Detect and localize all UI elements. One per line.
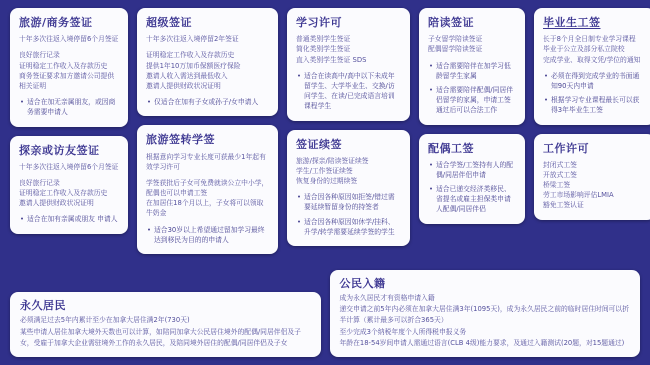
card-lines: 长于8个月全日制专业学习课程毕业于公立及部分私立院校完成学业、取得文凭/学位的通… xyxy=(543,34,646,65)
card-visitor-to-study-permit: 旅游签转学签 根据意向学习专业长度可获最少1年起有效学习许可 学签获批后子女可免… xyxy=(137,125,278,254)
card-subtitle: 根据意向学习专业长度可获最少1年起有效学习许可 xyxy=(146,152,269,172)
card-bullets: 适合在加有亲属或朋友 申请人 xyxy=(19,214,119,224)
text-line: 年龄在18-54岁间申请人需通过语言(CLB 4级)能力要求，及通过入籍测试(2… xyxy=(340,338,631,349)
text-line: 恢复身份的过期续签 xyxy=(296,176,401,186)
text-line: 完成学业、取得文凭/学位的通知 xyxy=(543,55,646,65)
card-title: 旅游/商务签证 xyxy=(19,16,119,29)
bullet-item: 适合需要陪伴在加学习低龄留学生家属 xyxy=(428,61,516,81)
text-line: 在加居住18个月以上，子女将可以领取牛奶金 xyxy=(146,198,269,218)
bullet-item: 适合因各种原因如拒签/错过需要延续暂留身份的持签者 xyxy=(296,192,401,212)
text-line: 邀请人收入需达到最低收入 xyxy=(146,71,269,81)
card-bullets: 仅适合在加有子女或孙子/女申请人 xyxy=(146,97,269,107)
text-line: 开放式工签 xyxy=(543,170,646,180)
card-bullets: 适合30岁以上希望通过留加学习最终达到移民为目的的申请人 xyxy=(146,225,269,245)
bullet-item: 适合因各种原因如休学/挂科、升学/转学需要延续学签的学生 xyxy=(296,217,401,237)
card-subtitle: 十年多次往返入境停留6个月签证 xyxy=(19,34,119,44)
card-bullets: 适合在读高中/高中以下未成年留学生、大学毕业生、交换/访问学生、在读/已完成语言… xyxy=(296,71,401,112)
column-3: 学习许可 普通类别学生签证简化类别学生签证直入类别学生签证 SDS 适合在读高中… xyxy=(287,8,410,246)
card-bullets: 必须在得到完成学业的书面通知90天内申请根据学习专业课程最长可以获得3年毕业生工… xyxy=(543,71,646,116)
column-1: 旅游/商务签证 十年多次往返入境停留6个月签证 良好旅行记录证明稳定工作收入及存… xyxy=(10,8,128,234)
card-title: 签证续签 xyxy=(296,138,401,151)
card-title: 探亲或访友签证 xyxy=(19,144,119,157)
text-line: 证明稳定工作收入及存款历史 xyxy=(146,50,269,60)
card-super-visa: 超级签证 十年多次往返入境停留2年签证 证明稳定工作收入及存款历史提供1年10万… xyxy=(137,8,278,116)
text-line: 直入类别学生签证 SDS xyxy=(296,55,401,65)
bullet-item: 适合需要陪伴配偶/同居伴侣留学的家属，申请工签通过后可以合法工作 xyxy=(428,85,516,116)
card-lines: 学签获批后子女可免费就读公立中小学，配偶也可以申请工签在加居住18个月以上，子女… xyxy=(146,178,269,219)
card-bullets: 适合因各种原因如拒签/错过需要延续暂留身份的持签者适合因各种原因如休学/挂科、升… xyxy=(296,192,401,237)
card-accompany-visa: 陪读签证 子女留学陪读签证配偶留学陪读签证 适合需要陪伴在加学习低龄留学生家属适… xyxy=(419,8,525,125)
text-line: 劳工市场影响评估LMIA xyxy=(543,190,646,200)
column-2: 超级签证 十年多次往返入境停留2年签证 证明稳定工作收入及存款历史提供1年10万… xyxy=(137,8,278,254)
text-line: 证明稳定工作收入及存款历史 xyxy=(19,61,119,71)
text-line: 学生/工作签证续签 xyxy=(296,166,401,176)
card-lines: 旅游/探亲/陪读签证续签学生/工作签证续签恢复身份的过期续签 xyxy=(296,156,401,187)
text-line: 必须满足过去5年内累计至少在加拿大居住满2年(730天) xyxy=(20,315,311,326)
bullet-item: 仅适合在加有子女或孙子/女申请人 xyxy=(146,97,269,107)
card-lines: 普通类别学生签证简化类别学生签证直入类别学生签证 SDS xyxy=(296,34,401,65)
card-title: 工作许可 xyxy=(543,142,646,155)
text-line: 封闭式工签 xyxy=(543,160,646,170)
card-lines: 必须满足过去5年内累计至少在加拿大居住满2年(730天)某些申请人居住加拿大境外… xyxy=(20,315,311,349)
card-visit-friends-relatives-visa: 探亲或访友签证 十年多次往返入境停留6个月签证 良好旅行记录证明稳定工作收入及存… xyxy=(10,136,128,234)
bullet-item: 适合在加无亲属朋友，或因商务需要申请人 xyxy=(19,97,119,117)
card-lines: 子女留学陪读签证配偶留学陪读签证 xyxy=(428,34,516,54)
card-post-graduation-work-permit: 毕业生工签 长于8个月全日制专业学习课程毕业于公立及部分私立院校完成学业、取得文… xyxy=(534,8,650,125)
card-subtitle: 十年多次往返入境停留6个月签证 xyxy=(19,162,119,172)
card-study-permit: 学习许可 普通类别学生签证简化类别学生签证直入类别学生签证 SDS 适合在读高中… xyxy=(287,8,410,121)
card-spousal-work-permit: 配偶工签 适合学签/工签持有人的配偶/同居伴侣申请适合已递交经济类移民、省提名或… xyxy=(419,134,525,224)
card-visa-renewal: 签证续签 旅游/探亲/陪读签证续签学生/工作签证续签恢复身份的过期续签 适合因各… xyxy=(287,130,410,247)
text-line: 长于8个月全日制专业学习课程 xyxy=(543,34,646,44)
card-title: 旅游签转学签 xyxy=(146,133,269,146)
text-line: 提供1年10万加币保额医疗保险 xyxy=(146,61,269,71)
card-work-permit: 工作许可 封闭式工签开放式工签桥梁工签劳工市场影响评估LMIA豁免工签认证 xyxy=(534,134,650,220)
bottom-row: 永久居民 必须满足过去5年内累计至少在加拿大居住满2年(730天)某些申请人居住… xyxy=(10,270,640,357)
bullet-item: 适合已递交经济类移民、省提名或雇主担保类申请人配偶/同居伴侣 xyxy=(428,184,516,215)
bullet-item: 适合在读高中/高中以下未成年留学生、大学毕业生、交换/访问学生、在读/已完成语言… xyxy=(296,71,401,112)
bullet-item: 根据学习专业课程最长可以获得3年毕业生工签 xyxy=(543,95,646,115)
card-subtitle: 十年多次往返入境停留2年签证 xyxy=(146,34,269,44)
text-line: 递交申请之前5年内必须在加拿大居住满3年(1095天)，成为永久居民之前的临时居… xyxy=(340,304,631,326)
card-citizenship: 公民入籍 成为永久居民才有资格申请入籍递交申请之前5年内必须在加拿大居住满3年(… xyxy=(330,270,641,357)
card-tourist-business-visa: 旅游/商务签证 十年多次往返入境停留6个月签证 良好旅行记录证明稳定工作收入及存… xyxy=(10,8,128,127)
text-line: 普通类别学生签证 xyxy=(296,34,401,44)
card-columns: 旅游/商务签证 十年多次往返入境停留6个月签证 良好旅行记录证明稳定工作收入及存… xyxy=(10,8,640,262)
text-line: 良好旅行记录 xyxy=(19,178,119,188)
bullet-item: 必须在得到完成学业的书面通知90天内申请 xyxy=(543,71,646,91)
text-line: 良好旅行记录 xyxy=(19,50,119,60)
card-title: 永久居民 xyxy=(20,299,311,312)
card-lines: 良好旅行记录证明稳定工作收入及存款历史商务签证要求加方邀请公司提供相关证明 xyxy=(19,50,119,91)
card-bullets: 适合在加无亲属朋友，或因商务需要申请人 xyxy=(19,97,119,117)
bullet-item: 适合学签/工签持有人的配偶/同居伴侣申请 xyxy=(428,160,516,180)
text-line: 证明稳定工作收入及存款历史 xyxy=(19,188,119,198)
card-lines: 成为永久居民才有资格申请入籍递交申请之前5年内必须在加拿大居住满3年(1095天… xyxy=(340,293,631,349)
text-line: 旅游/探亲/陪读签证续签 xyxy=(296,156,401,166)
text-line: 某些申请人居住加拿大境外天数也可以计算，如陪同加拿大公民居住境外的配偶/同居伴侣… xyxy=(20,327,311,349)
card-lines: 良好旅行记录证明稳定工作收入及存款历史邀请人提供财政状况证明 xyxy=(19,178,119,209)
card-lines: 封闭式工签开放式工签桥梁工签劳工市场影响评估LMIA豁免工签认证 xyxy=(543,160,646,211)
card-title: 超级签证 xyxy=(146,16,269,29)
card-title: 学习许可 xyxy=(296,16,401,29)
bullet-item: 适合30岁以上希望通过留加学习最终达到移民为目的的申请人 xyxy=(146,225,269,245)
card-title: 毕业生工签 xyxy=(543,16,646,29)
canada-visa-infographic: 旅游/商务签证 十年多次往返入境停留6个月签证 良好旅行记录证明稳定工作收入及存… xyxy=(0,0,650,365)
card-bullets: 适合学签/工签持有人的配偶/同居伴侣申请适合已递交经济类移民、省提名或雇主担保类… xyxy=(428,160,516,215)
text-line: 桥梁工签 xyxy=(543,180,646,190)
card-permanent-resident: 永久居民 必须满足过去5年内累计至少在加拿大居住满2年(730天)某些申请人居住… xyxy=(10,292,321,357)
text-line: 简化类别学生签证 xyxy=(296,44,401,54)
column-5: 毕业生工签 长于8个月全日制专业学习课程毕业于公立及部分私立院校完成学业、取得文… xyxy=(534,8,650,220)
text-line: 商务签证要求加方邀请公司提供相关证明 xyxy=(19,71,119,91)
bullet-item: 适合在加有亲属或朋友 申请人 xyxy=(19,214,119,224)
text-line: 配偶留学陪读签证 xyxy=(428,44,516,54)
card-lines: 证明稳定工作收入及存款历史提供1年10万加币保额医疗保险邀请人收入需达到最低收入… xyxy=(146,50,269,91)
text-line: 豁免工签认证 xyxy=(543,200,646,210)
card-title: 陪读签证 xyxy=(428,16,516,29)
card-bullets: 适合需要陪伴在加学习低龄留学生家属适合需要陪伴配偶/同居伴侣留学的家属，申请工签… xyxy=(428,61,516,116)
card-title: 配偶工签 xyxy=(428,142,516,155)
text-line: 成为永久居民才有资格申请入籍 xyxy=(340,293,631,304)
column-4: 陪读签证 子女留学陪读签证配偶留学陪读签证 适合需要陪伴在加学习低龄留学生家属适… xyxy=(419,8,525,224)
text-line: 至少完成3个纳税年度个人所得税申报义务 xyxy=(340,327,631,338)
card-title: 公民入籍 xyxy=(340,277,631,290)
text-line: 邀请人提供财政状况证明 xyxy=(146,81,269,91)
text-line: 毕业于公立及部分私立院校 xyxy=(543,44,646,54)
text-line: 学签获批后子女可免费就读公立中小学，配偶也可以申请工签 xyxy=(146,178,269,198)
text-line: 子女留学陪读签证 xyxy=(428,34,516,44)
text-line: 邀请人提供财政状况证明 xyxy=(19,198,119,208)
